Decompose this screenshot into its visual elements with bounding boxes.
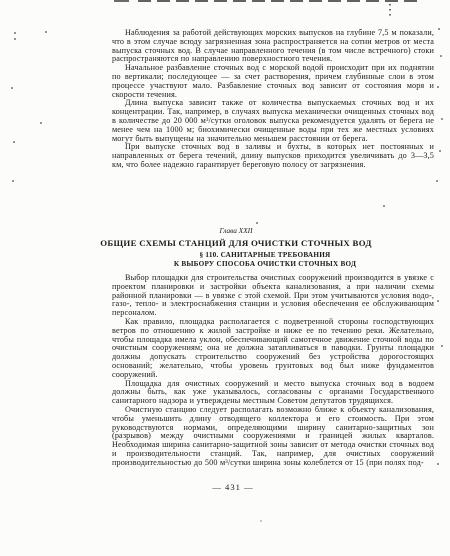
scan-artifact	[14, 38, 16, 40]
body-text-main: Выбор площадки для строительства очистны…	[112, 274, 434, 486]
chapter-title: ОБЩИЕ СХЕМЫ СТАНЦИЙ ДЛЯ ОЧИСТКИ СТОЧНЫХ …	[86, 238, 386, 248]
book-page: Наблюдения за работой действующих морски…	[0, 0, 450, 556]
paragraph: Как правило, площадка располагается с по…	[112, 318, 434, 380]
scan-artifact	[45, 31, 47, 33]
scan-artifact	[441, 345, 443, 347]
scan-artifact	[256, 222, 258, 224]
scan-artifact	[437, 463, 439, 465]
scan-artifact	[437, 300, 439, 302]
paragraph: При выпуске сточных вод в заливы и бухты…	[112, 143, 434, 169]
scan-artifact	[12, 180, 14, 182]
page-number: — 431 —	[80, 482, 386, 492]
paragraph: Очистную станцию следует располагать воз…	[112, 406, 434, 468]
scan-artifact	[13, 141, 15, 143]
scan-artifact	[389, 4, 391, 19]
paragraph: Длина выпуска зависит также от количеств…	[112, 99, 434, 143]
cropped-line-artifact	[138, 0, 423, 2]
scan-artifact	[40, 122, 42, 124]
body-text-top: Наблюдения за работой действующих морски…	[112, 29, 434, 170]
scan-artifact	[260, 520, 262, 522]
scan-artifact	[14, 32, 16, 34]
chapter-number: Глава XXII	[86, 226, 386, 235]
scan-artifact	[440, 55, 442, 57]
scan-artifact	[439, 150, 441, 152]
scan-artifact	[383, 205, 385, 207]
paragraph: Площадка для очистных сооружений и место…	[112, 380, 434, 406]
scan-artifact	[11, 87, 13, 89]
section-heading: § 110. САНИТАРНЫЕ ТРЕБОВАНИЯ К ВЫБОРУ СП…	[100, 251, 430, 269]
cropped-line-artifact	[114, 0, 129, 2]
scan-artifact	[437, 86, 439, 88]
section-heading-line2: К ВЫБОРУ СПОСОБА ОЧИСТКИ СТОЧНЫХ ВОД	[100, 260, 430, 269]
scan-artifact	[441, 118, 443, 120]
section-heading-line1: § 110. САНИТАРНЫЕ ТРЕБОВАНИЯ	[100, 251, 430, 260]
scan-artifact	[436, 180, 438, 182]
chapter-heading: Глава XXII ОБЩИЕ СХЕМЫ СТАНЦИЙ ДЛЯ ОЧИСТ…	[86, 226, 386, 248]
paragraph: Выбор площадки для строительства очистны…	[112, 274, 434, 318]
paragraph: Наблюдения за работой действующих морски…	[112, 29, 434, 64]
paragraph: Начальное разбавление сточных вод с морс…	[112, 64, 434, 99]
scan-artifact	[438, 28, 440, 30]
scan-artifact	[420, 392, 422, 394]
